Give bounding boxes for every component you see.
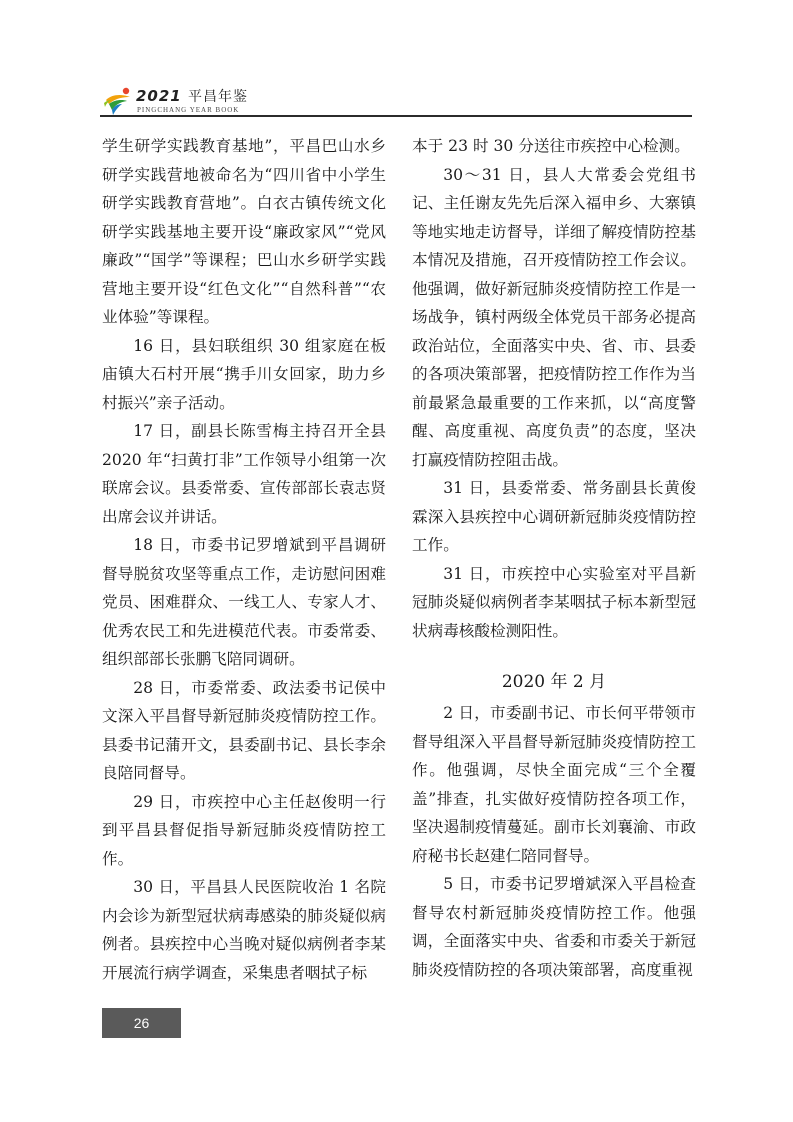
yearbook-subtitle: PINGCHANG YEAR BOOK <box>137 106 239 114</box>
paragraph: 18 日，市委书记罗增斌到平昌调研督导脱贫攻坚等重点工作，走访慰问困难党员、困难… <box>102 531 386 674</box>
right-column: 本于 23 时 30 分送往市疾控中心检测。 30～31 日，县人大常委会党组书… <box>412 132 696 984</box>
paragraph: 学生研学实践教育基地”，平昌巴山水乡研学实践营地被命名为“四川省中小学生研学实践… <box>102 132 386 332</box>
paragraph: 29 日，市疾控中心主任赵俊明一行到平昌县督促指导新冠肺炎疫情防控工作。 <box>102 788 386 874</box>
paragraph: 17 日，副县长陈雪梅主持召开全县2020 年“扫黄打非”工作领导小组第一次联席… <box>102 417 386 531</box>
page-header: 2021 平昌年鉴 PINGCHANG YEAR BOOK <box>100 86 693 118</box>
header-divider <box>100 115 692 117</box>
paragraph: 31 日，县委常委、常务副县长黄俊霖深入县疾控中心调研新冠肺炎疫情防控工作。 <box>412 474 696 560</box>
month-heading: 2020 年 2 月 <box>412 667 696 697</box>
page-number: 26 <box>102 1008 181 1038</box>
yearbook-name: 平昌年鉴 <box>188 89 248 105</box>
pingchang-yearbook-logo-icon <box>100 86 136 116</box>
paragraph: 16 日，县妇联组织 30 组家庭在板庙镇大石村开展“携手川女回家，助力乡村振兴… <box>102 332 386 418</box>
left-column: 学生研学实践教育基地”，平昌巴山水乡研学实践营地被命名为“四川省中小学生研学实践… <box>102 132 386 987</box>
paragraph: 2 日，市委副书记、市长何平带领市督导组深入平昌督导新冠肺炎疫情防控工作。他强调… <box>412 699 696 870</box>
paragraph: 31 日，市疾控中心实验室对平昌新冠肺炎疑似病例者李某咽拭子标本新型冠状病毒核酸… <box>412 560 696 646</box>
paragraph: 30～31 日，县人大常委会党组书记、主任谢友先先后深入福申乡、大寨镇等地实地走… <box>412 161 696 475</box>
paragraph: 28 日，市委常委、政法委书记侯中文深入平昌督导新冠肺炎疫情防控工作。县委书记蒲… <box>102 674 386 788</box>
paragraph: 5 日，市委书记罗增斌深入平昌检查督导农村新冠肺炎疫情防控工作。他强调，全面落实… <box>412 870 696 984</box>
paragraph: 本于 23 时 30 分送往市疾控中心检测。 <box>412 132 696 161</box>
yearbook-year: 2021 <box>136 87 182 105</box>
paragraph: 30 日，平昌县人民医院收治 1 名院内会诊为新型冠状病毒感染的肺炎疑似病例者。… <box>102 873 386 987</box>
yearbook-title: 2021 平昌年鉴 <box>136 86 248 106</box>
